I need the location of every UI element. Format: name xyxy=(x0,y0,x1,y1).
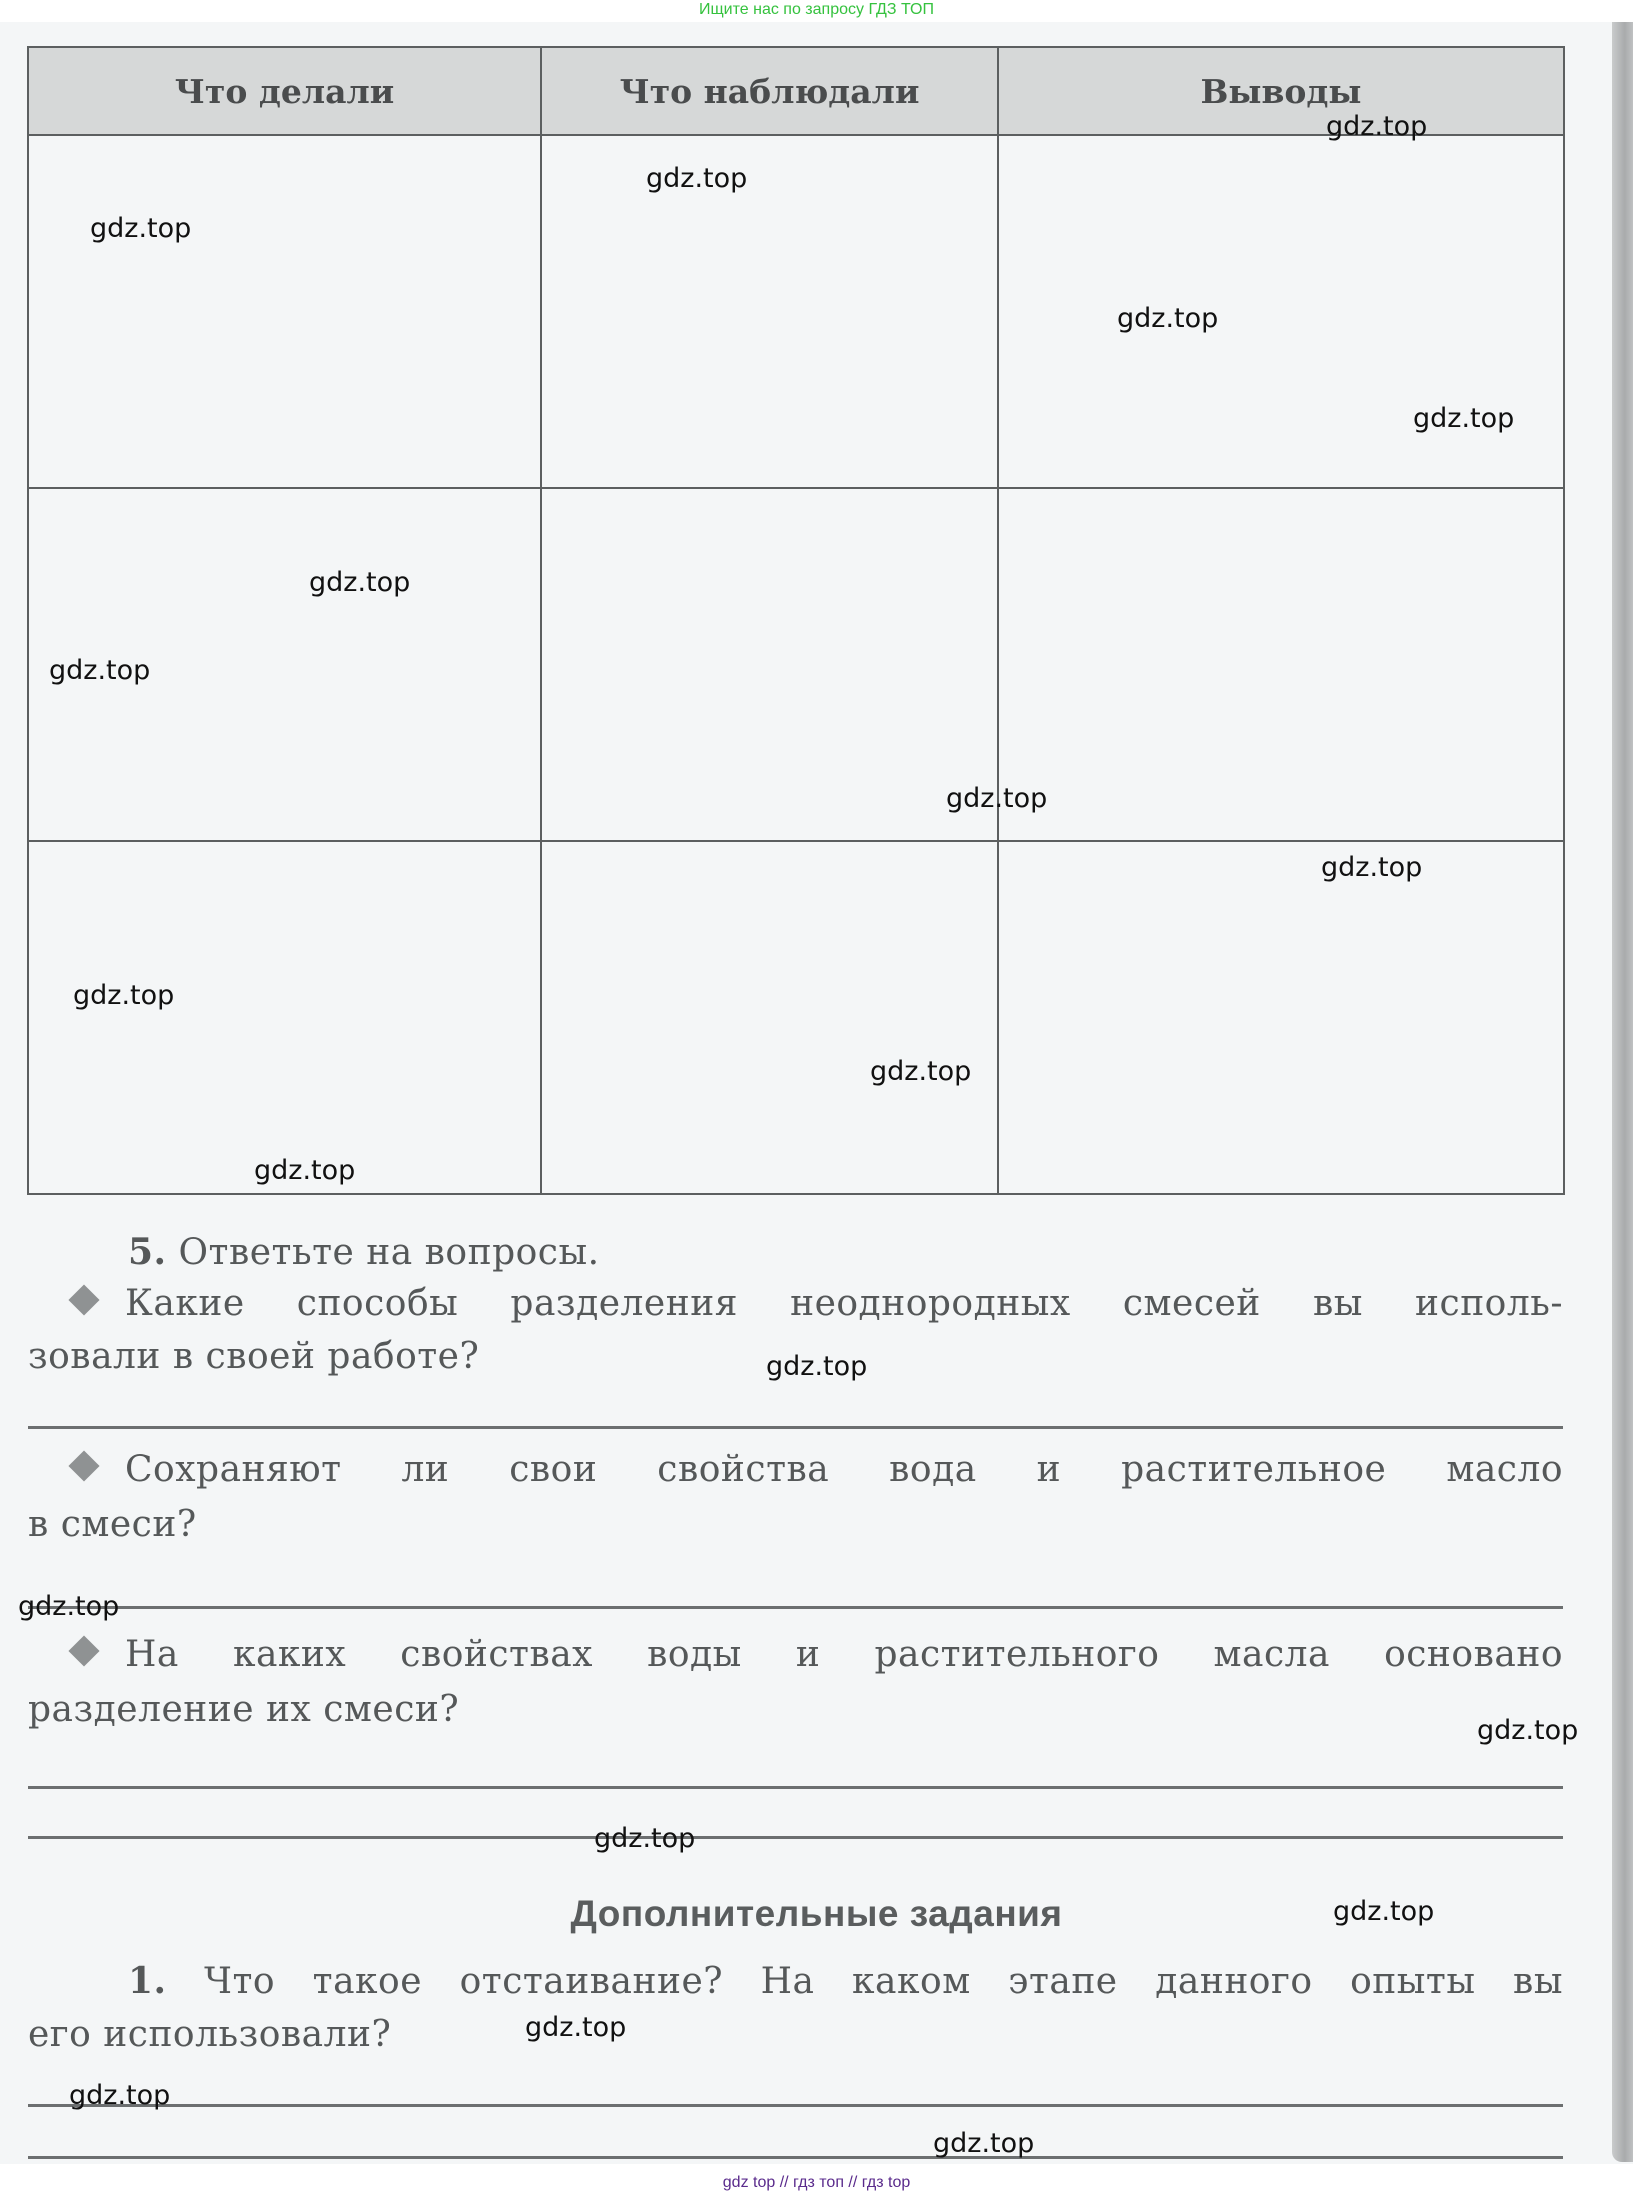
watermark: gdz.top xyxy=(594,1824,695,1854)
table-cell[interactable] xyxy=(998,488,1564,841)
table-row xyxy=(28,841,1564,1194)
table-row xyxy=(28,135,1564,488)
footer-links[interactable]: gdz top // гдз топ // гдз top xyxy=(0,2174,1633,2192)
watermark: gdz.top xyxy=(18,1592,119,1622)
table-cell[interactable] xyxy=(541,841,998,1194)
watermark: gdz.top xyxy=(646,164,747,194)
watermark: gdz.top xyxy=(1326,112,1427,142)
task5-title-text: Ответьте на вопросы. xyxy=(179,1232,600,1273)
extra-task-1-number: 1. xyxy=(128,1960,167,2002)
extra-task-1-line-1: 1. Что такое отстаивание? На каком этапе… xyxy=(28,1954,1563,2009)
answer-line[interactable] xyxy=(28,1836,1563,1839)
question-3-line-1: На каких свойствах воды и растительного … xyxy=(28,1628,1563,1682)
header-conclusions: Выводы xyxy=(998,47,1564,135)
question-3-line-2: разделение их смеси? xyxy=(28,1683,1563,1737)
question-1-line-1: Какие способы разделения неоднородных см… xyxy=(28,1277,1563,1331)
watermark: gdz.top xyxy=(1117,304,1218,334)
table-cell[interactable] xyxy=(998,841,1564,1194)
answer-line[interactable] xyxy=(28,2156,1563,2159)
task5-number: 5. xyxy=(128,1231,167,1273)
table-cell[interactable] xyxy=(541,488,998,841)
answer-line[interactable] xyxy=(28,1786,1563,1789)
page-binding-edge xyxy=(1612,22,1633,2162)
question-2-line-2: в смеси? xyxy=(28,1498,1563,1552)
search-banner[interactable]: Ищите нас по запросу ГДЗ ТОП xyxy=(0,0,1633,22)
watermark: gdz.top xyxy=(90,214,191,244)
watermark: gdz.top xyxy=(766,1352,867,1382)
watermark: gdz.top xyxy=(309,568,410,598)
answer-line[interactable] xyxy=(28,1426,1563,1429)
table-cell[interactable] xyxy=(541,135,998,488)
watermark: gdz.top xyxy=(870,1057,971,1087)
watermark: gdz.top xyxy=(1321,853,1422,883)
answer-line[interactable] xyxy=(28,1606,1563,1609)
extra-task-1-line-2: его использовали? xyxy=(28,2008,1563,2062)
watermark: gdz.top xyxy=(525,2013,626,2043)
watermark: gdz.top xyxy=(69,2081,170,2111)
watermark: gdz.top xyxy=(933,2129,1034,2159)
question-2-line-1: Сохраняют ли свои свойства вода и растит… xyxy=(28,1443,1563,1497)
diamond-bullet-icon xyxy=(68,1450,99,1481)
watermark: gdz.top xyxy=(49,656,150,686)
table-row xyxy=(28,488,1564,841)
table-cell[interactable] xyxy=(998,135,1564,488)
observation-table: Что делали Что наблюдали Выводы xyxy=(27,46,1565,1195)
watermark: gdz.top xyxy=(1477,1716,1578,1746)
watermark: gdz.top xyxy=(254,1156,355,1186)
watermark: gdz.top xyxy=(1333,1897,1434,1927)
table-cell[interactable] xyxy=(28,135,541,488)
header-what-observed: Что наблюдали xyxy=(541,47,998,135)
diamond-bullet-icon xyxy=(68,1284,99,1315)
diamond-bullet-icon xyxy=(68,1635,99,1666)
answer-line[interactable] xyxy=(28,2104,1563,2107)
header-what-done: Что делали xyxy=(28,47,541,135)
watermark: gdz.top xyxy=(946,784,1047,814)
task5-title: 5. Ответьте на вопросы. xyxy=(28,1225,1563,1280)
table-cell[interactable] xyxy=(28,841,541,1194)
watermark: gdz.top xyxy=(73,981,174,1011)
watermark: gdz.top xyxy=(1413,404,1514,434)
